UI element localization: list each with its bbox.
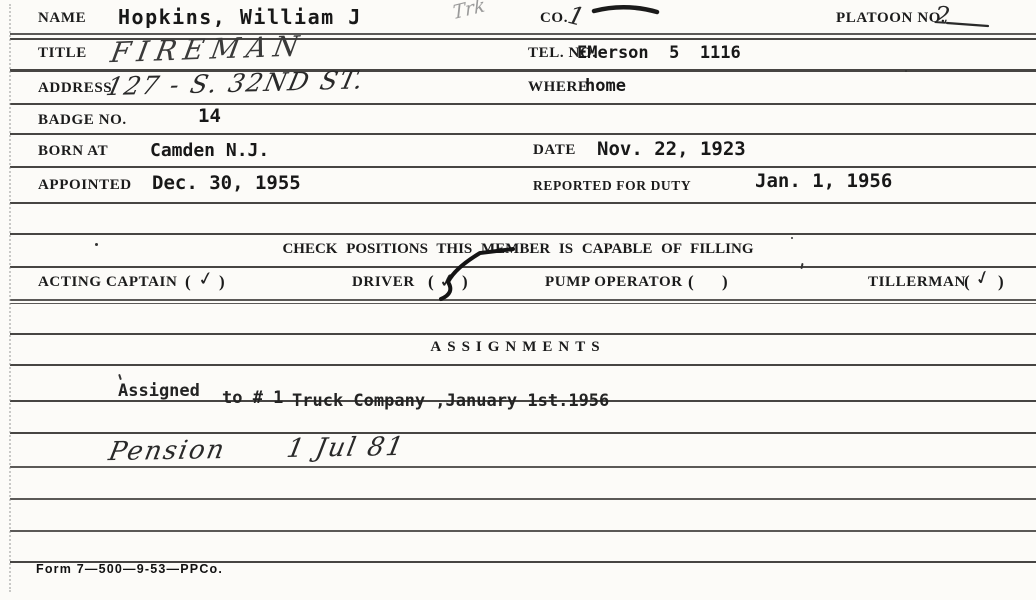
paren-close: ) xyxy=(462,272,468,292)
scan-artifact xyxy=(905,70,907,72)
card-left-edge xyxy=(9,4,11,592)
where-value: home xyxy=(585,76,626,96)
position-label-pump-operator: PUMP OPERATOR xyxy=(545,274,683,291)
rule-line xyxy=(10,166,1036,168)
address-label: ADDRESS xyxy=(38,80,112,97)
company-value-handwritten: 1 xyxy=(565,0,587,32)
rule-line xyxy=(10,498,1036,500)
position-label-acting-captain: ACTING CAPTAIN xyxy=(38,274,177,291)
rule-line xyxy=(10,133,1036,135)
scan-artifact xyxy=(118,374,122,380)
rule-line xyxy=(10,299,1036,301)
address-value-handwritten: 127 - S. 32ND ST. xyxy=(104,65,368,101)
date-value: Nov. 22, 1923 xyxy=(597,138,746,160)
rule-line xyxy=(10,266,1036,268)
co-pen-swoosh xyxy=(594,7,657,12)
checkmark-tillerman: ✓ xyxy=(972,265,994,291)
position-label-tillerman: TILLERMAN xyxy=(868,274,966,291)
paren-open: ( xyxy=(964,272,970,292)
assignment-handwritten-pension: Pension 1 Jul 81 xyxy=(106,432,408,467)
title-value-handwritten: FIREMAN xyxy=(108,29,308,69)
rule-line xyxy=(10,233,1036,235)
telephone-value: EMerson 5 1116 xyxy=(577,43,741,63)
paren-open: ( xyxy=(428,272,434,292)
assignment-typed-part3: Truck Company ,January 1st.1956 xyxy=(292,391,609,411)
paren-open: ( xyxy=(185,272,191,292)
reported-for-duty-label: REPORTED FOR DUTY xyxy=(533,178,691,194)
paren-close: ) xyxy=(219,272,225,292)
name-label: NAME xyxy=(38,10,86,27)
scan-artifact xyxy=(791,237,793,239)
rule-line xyxy=(10,333,1036,335)
checkmark-driver: ✓ xyxy=(437,269,457,293)
paren-close: ) xyxy=(998,272,1004,292)
paren-open: ( xyxy=(688,272,694,292)
platoon-label: PLATOON NO. xyxy=(836,10,945,27)
where-label: WHERE xyxy=(528,79,589,96)
appointed-value: Dec. 30, 1955 xyxy=(152,172,301,194)
reported-for-duty-value: Jan. 1, 1956 xyxy=(755,170,892,192)
rule-line xyxy=(10,432,1036,434)
born-at-value: Camden N.J. xyxy=(150,140,269,161)
rule-line xyxy=(10,202,1036,204)
paren-close: ) xyxy=(722,272,728,292)
assignment-typed-part2: to # 1 xyxy=(222,388,283,408)
rule-line xyxy=(10,466,1036,468)
rule-line xyxy=(10,303,1036,305)
personnel-index-card: NAME Hopkins, William J Trk CO. 1 PLATOO… xyxy=(0,0,1036,600)
badge-label: BADGE NO. xyxy=(38,112,127,129)
company-handwritten-prefix: Trk xyxy=(452,0,486,24)
born-at-label: BORN AT xyxy=(38,143,108,160)
date-label: DATE xyxy=(533,142,576,159)
checkmark-acting-captain: ✓ xyxy=(196,267,216,291)
rule-line xyxy=(10,530,1036,532)
scan-artifact xyxy=(95,243,98,246)
form-number-footer: Form 7—500—9-53—PPCo. xyxy=(36,562,223,576)
positions-section-header: CHECK POSITIONS THIS MEMBER IS CAPABLE O… xyxy=(0,241,1036,258)
assignments-section-header: ASSIGNMENTS xyxy=(0,339,1036,356)
rule-line xyxy=(10,364,1036,366)
name-value: Hopkins, William J xyxy=(118,5,362,29)
rule-line xyxy=(10,103,1036,105)
appointed-label: APPOINTED xyxy=(38,177,132,194)
platoon-value-handwritten: 2 xyxy=(934,1,951,30)
assignment-typed-part1: Assigned xyxy=(118,381,200,401)
title-label: TITLE xyxy=(38,45,87,62)
platoon-pen-tail xyxy=(947,23,988,26)
badge-value: 14 xyxy=(198,105,221,127)
position-label-driver: DRIVER xyxy=(352,274,415,291)
company-label: CO. xyxy=(540,10,568,27)
